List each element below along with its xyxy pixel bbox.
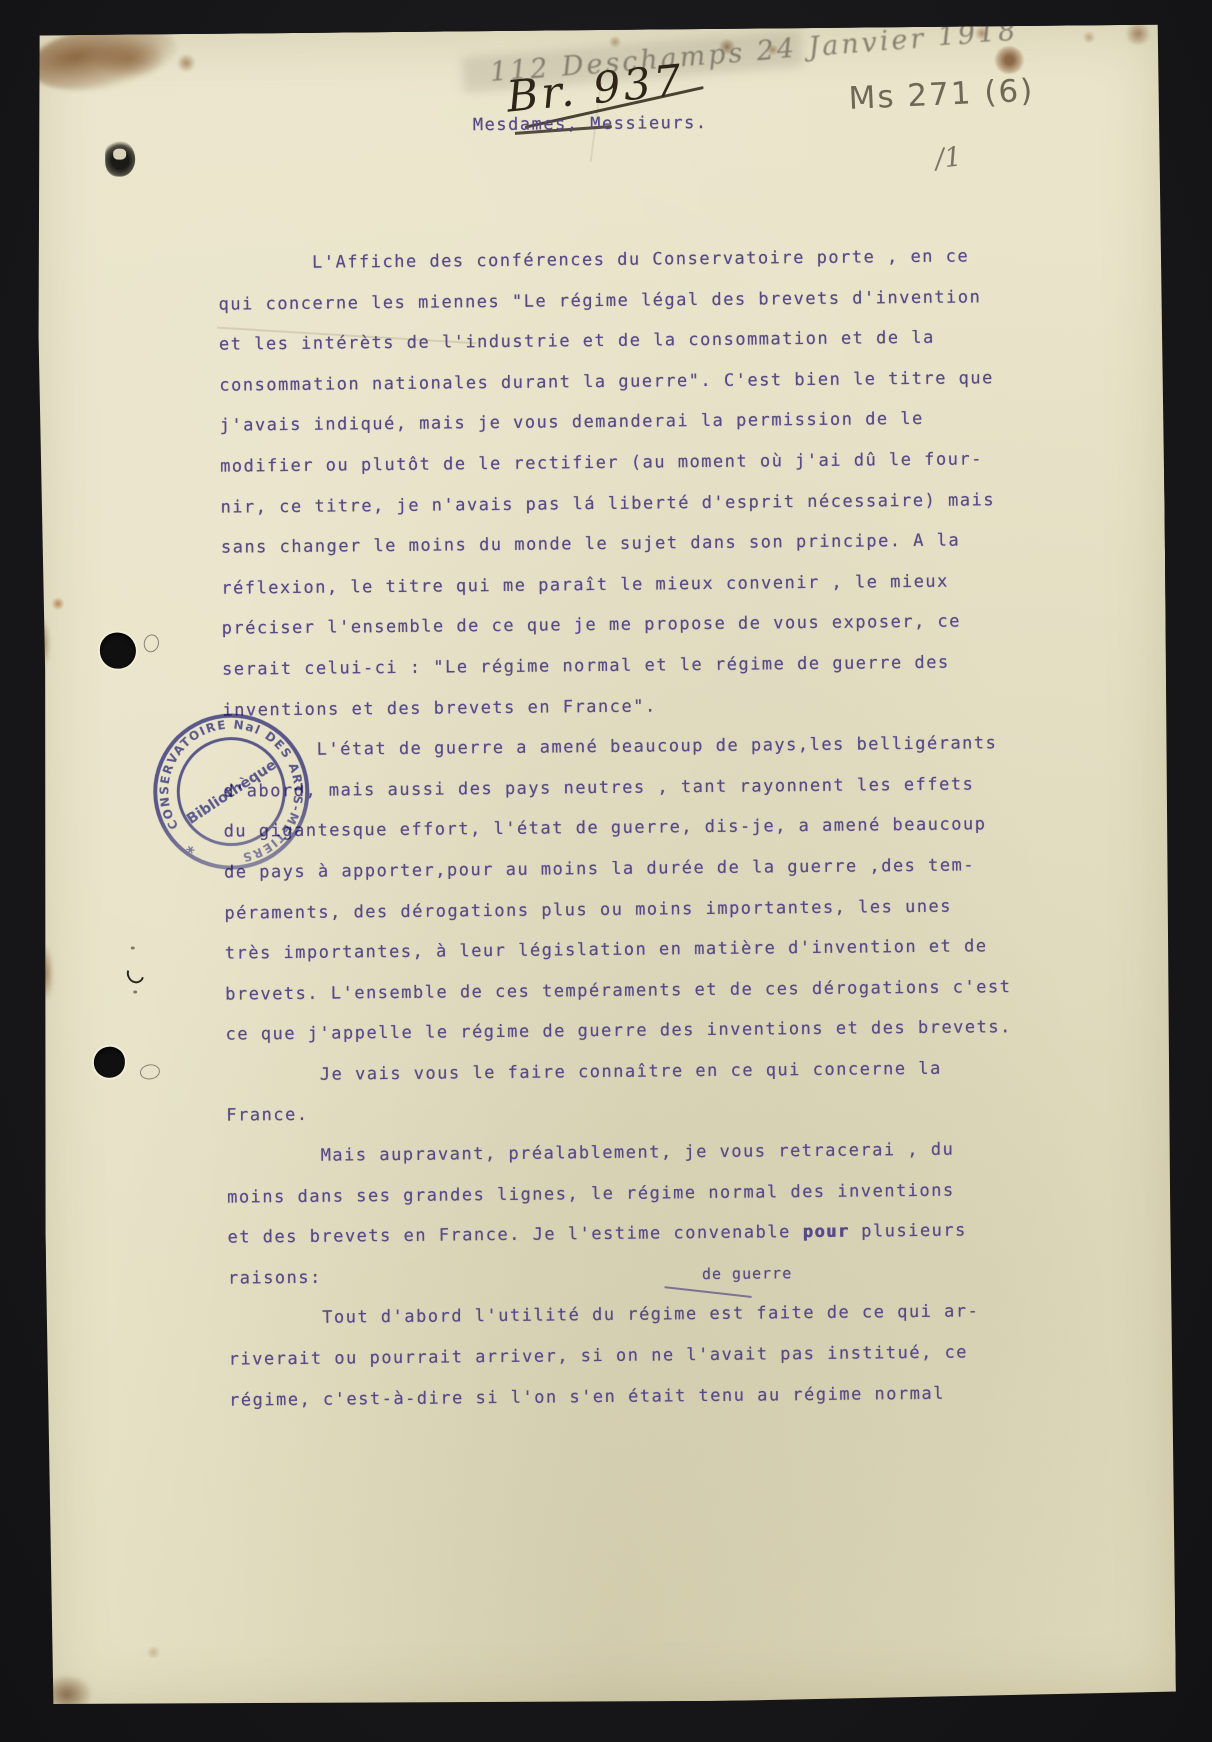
stain-spot xyxy=(994,46,1024,74)
stain-spot xyxy=(145,1646,161,1658)
staple-mark-core xyxy=(113,149,126,160)
salutation: Mesdames, Messieurs. xyxy=(473,113,708,135)
pencil-circle-mark xyxy=(142,633,161,654)
punch-hole xyxy=(100,632,136,668)
interline-insertion: de guerre xyxy=(702,1264,792,1283)
stain-spot xyxy=(51,597,64,610)
stamp-center-text: Bibliothèque xyxy=(184,757,280,828)
manuscript-shelfmark: Ms 271 (6) xyxy=(848,73,1035,117)
punch-hole xyxy=(94,1047,125,1078)
folio-number: /1 xyxy=(934,141,964,175)
stain-spot xyxy=(1082,31,1096,43)
typed-line: consommation nationales durant la guerre… xyxy=(219,357,1059,406)
typed-line: et des brevets en France. Je l'estime co… xyxy=(227,1210,1067,1259)
stain-spot xyxy=(1124,23,1152,45)
pin-dot xyxy=(131,947,135,950)
typed-body: L'Affiche des conférences du Conservatoi… xyxy=(218,236,1069,1421)
staple-mark xyxy=(105,140,135,176)
typed-line: régime, c'est-à-dire si l'on s'en était … xyxy=(229,1372,1069,1421)
stain-spot xyxy=(92,38,166,79)
stain-spot xyxy=(176,54,196,72)
pin-dot xyxy=(133,990,137,993)
pencil-circle-mark xyxy=(139,1063,161,1081)
typed-line: serait celui-ci : "Le régime normal et l… xyxy=(222,642,1062,691)
fastener-mark xyxy=(124,962,148,986)
document-page: 112 Deschamps 24 Janvier 1918 Br. 937 Ms… xyxy=(34,25,1176,1708)
